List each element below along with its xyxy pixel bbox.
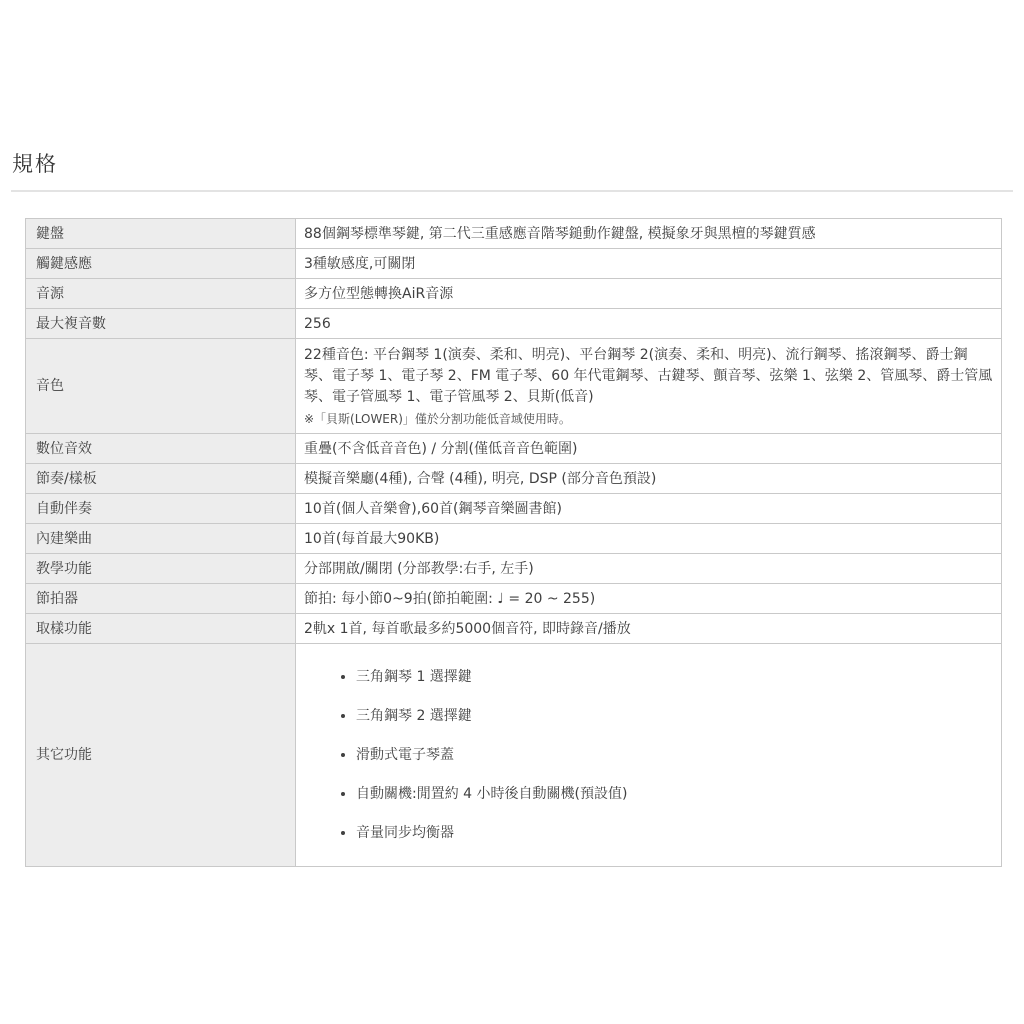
- spec-label: 節拍器: [26, 584, 296, 614]
- spec-value: 模擬音樂廳(4種), 合聲 (4種), 明亮, DSP (部分音色預設): [296, 464, 1002, 494]
- list-item: 音量同步均衡器: [356, 823, 993, 843]
- table-row-digital-effects: 數位音效 重疊(不含低音音色) / 分割(僅低音音色範圍): [26, 434, 1002, 464]
- spec-label: 音色: [26, 339, 296, 434]
- title-divider: [11, 190, 1013, 192]
- page-title: 規格: [12, 148, 58, 178]
- table-row-builtin-songs: 內建樂曲 10首(每首最大90KB): [26, 524, 1002, 554]
- spec-label: 其它功能: [26, 644, 296, 867]
- spec-label: 數位音效: [26, 434, 296, 464]
- spec-label: 教學功能: [26, 554, 296, 584]
- spec-label: 節奏/樣板: [26, 464, 296, 494]
- list-item: 自動關機:閒置約 4 小時後自動關機(預設值): [356, 784, 993, 804]
- table-row-lesson-function: 教學功能 分部開啟/關閉 (分部教學:右手, 左手): [26, 554, 1002, 584]
- spec-value: 2軌x 1首, 每首歌最多約5000個音符, 即時錄音/播放: [296, 614, 1002, 644]
- tone-footnote: ※「貝斯(LOWER)」僅於分割功能低音域使用時。: [304, 408, 993, 429]
- table-row-sampling-function: 取樣功能 2軌x 1首, 每首歌最多約5000個音符, 即時錄音/播放: [26, 614, 1002, 644]
- spec-value: 10首(個人音樂會),60首(鋼琴音樂圖書館): [296, 494, 1002, 524]
- spec-value: 256: [296, 309, 1002, 339]
- table-row-other-functions: 其它功能 三角鋼琴 1 選擇鍵 三角鋼琴 2 選擇鍵 滑動式電子琴蓋 自動關機:…: [26, 644, 1002, 867]
- spec-value: 3種敏感度,可關閉: [296, 249, 1002, 279]
- tone-list-text: 22種音色: 平台鋼琴 1(演奏、柔和、明亮)、平台鋼琴 2(演奏、柔和、明亮)…: [304, 343, 993, 408]
- spec-table: 鍵盤 88個鋼琴標準琴鍵, 第二代三重感應音階琴鎚動作鍵盤, 模擬象牙與黑檀的琴…: [25, 218, 1002, 867]
- list-item: 三角鋼琴 2 選擇鍵: [356, 706, 993, 726]
- list-item: 滑動式電子琴蓋: [356, 745, 993, 765]
- table-row-max-polyphony: 最大複音數 256: [26, 309, 1002, 339]
- spec-value: 10首(每首最大90KB): [296, 524, 1002, 554]
- product-spec-page: 規格 鍵盤 88個鋼琴標準琴鍵, 第二代三重感應音階琴鎚動作鍵盤, 模擬象牙與黑…: [0, 0, 1024, 1024]
- table-row-touch-response: 觸鍵感應 3種敏感度,可關閉: [26, 249, 1002, 279]
- list-item: 三角鋼琴 1 選擇鍵: [356, 667, 993, 687]
- table-row-tones: 音色 22種音色: 平台鋼琴 1(演奏、柔和、明亮)、平台鋼琴 2(演奏、柔和、…: [26, 339, 1002, 434]
- spec-value: 22種音色: 平台鋼琴 1(演奏、柔和、明亮)、平台鋼琴 2(演奏、柔和、明亮)…: [296, 339, 1002, 434]
- table-row-rhythm-template: 節奏/樣板 模擬音樂廳(4種), 合聲 (4種), 明亮, DSP (部分音色預…: [26, 464, 1002, 494]
- spec-value: 多方位型態轉換AiR音源: [296, 279, 1002, 309]
- other-functions-list: 三角鋼琴 1 選擇鍵 三角鋼琴 2 選擇鍵 滑動式電子琴蓋 自動關機:閒置約 4…: [304, 667, 993, 843]
- spec-label: 最大複音數: [26, 309, 296, 339]
- spec-label: 取樣功能: [26, 614, 296, 644]
- spec-value: 88個鋼琴標準琴鍵, 第二代三重感應音階琴鎚動作鍵盤, 模擬象牙與黑檀的琴鍵質感: [296, 219, 1002, 249]
- spec-label: 觸鍵感應: [26, 249, 296, 279]
- spec-value: 分部開啟/關閉 (分部教學:右手, 左手): [296, 554, 1002, 584]
- spec-label: 內建樂曲: [26, 524, 296, 554]
- spec-value: 重疊(不含低音音色) / 分割(僅低音音色範圍): [296, 434, 1002, 464]
- table-row-metronome: 節拍器 節拍: 每小節0~9拍(節拍範圍: ♩ = 20 ~ 255): [26, 584, 1002, 614]
- spec-label: 鍵盤: [26, 219, 296, 249]
- spec-label: 音源: [26, 279, 296, 309]
- spec-value: 三角鋼琴 1 選擇鍵 三角鋼琴 2 選擇鍵 滑動式電子琴蓋 自動關機:閒置約 4…: [296, 644, 1002, 867]
- table-row-auto-accompaniment: 自動伴奏 10首(個人音樂會),60首(鋼琴音樂圖書館): [26, 494, 1002, 524]
- spec-label: 自動伴奏: [26, 494, 296, 524]
- table-row-keyboard: 鍵盤 88個鋼琴標準琴鍵, 第二代三重感應音階琴鎚動作鍵盤, 模擬象牙與黑檀的琴…: [26, 219, 1002, 249]
- spec-value: 節拍: 每小節0~9拍(節拍範圍: ♩ = 20 ~ 255): [296, 584, 1002, 614]
- table-row-sound-source: 音源 多方位型態轉換AiR音源: [26, 279, 1002, 309]
